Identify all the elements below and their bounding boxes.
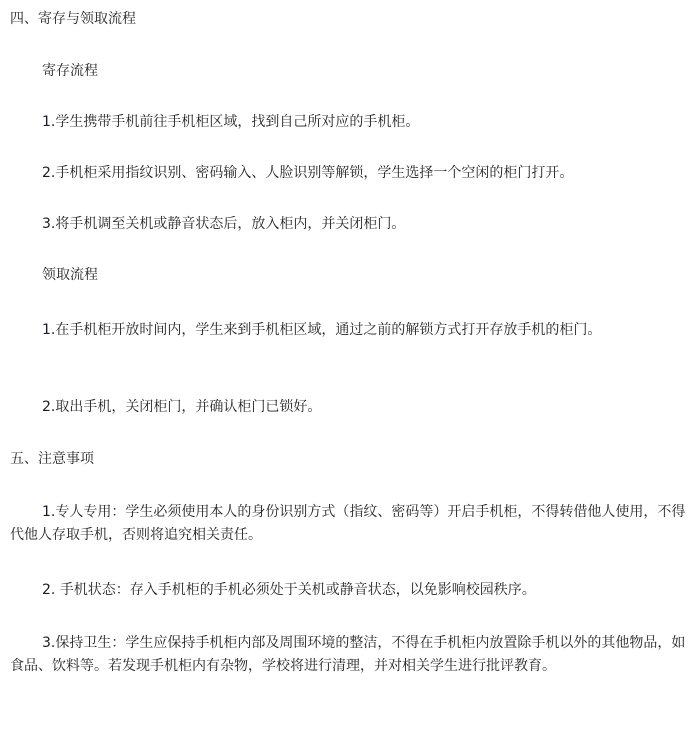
step-text: 在手机柜开放时间内，学生来到手机柜区域，通过之前的解锁方式打开存放手机的柜门。: [55, 322, 601, 338]
note-item-2: 2. 手机状态：存入手机柜的手机必须处于关机或静音状态，以免影响校园秩序。: [10, 579, 686, 602]
note-item-3: 3.保持卫生：学生应保持手机柜内部及周围环境的整洁，不得在手机柜内放置除手机以外…: [10, 632, 686, 678]
subsection-title-retrieve: 领取流程: [10, 264, 686, 287]
step-text: 学生携带手机前往手机柜区域，找到自己所对应的手机柜。: [55, 114, 419, 130]
item-number: 2.: [42, 582, 60, 598]
deposit-step-1: 1.学生携带手机前往手机柜区域，找到自己所对应的手机柜。: [10, 111, 686, 134]
step-number: 3.: [42, 216, 55, 232]
section-heading-storage-retrieval: 四、寄存与领取流程: [10, 8, 686, 31]
step-text: 将手机调至关机或静音状态后，放入柜内，并关闭柜门。: [55, 216, 405, 232]
step-number: 2.: [42, 165, 55, 181]
retrieve-step-2: 2.取出手机，关闭柜门，并确认柜门已锁好。: [10, 396, 686, 419]
deposit-step-3: 3.将手机调至关机或静音状态后，放入柜内，并关闭柜门。: [10, 213, 686, 236]
step-number: 2.: [42, 399, 55, 415]
deposit-step-2: 2.手机柜采用指纹识别、密码输入、人脸识别等解锁，学生选择一个空闲的柜门打开。: [10, 162, 686, 185]
item-text: 手机状态：存入手机柜的手机必须处于关机或静音状态，以免影响校园秩序。: [60, 582, 536, 598]
step-text: 手机柜采用指纹识别、密码输入、人脸识别等解锁，学生选择一个空闲的柜门打开。: [55, 165, 573, 181]
item-number: 1.: [42, 504, 55, 520]
step-text: 取出手机，关闭柜门，并确认柜门已锁好。: [55, 399, 321, 415]
item-text: 专人专用：学生必须使用本人的身份识别方式（指纹、密码等）开启手机柜，不得转借他人…: [10, 504, 685, 543]
section-heading-notes: 五、注意事项: [10, 448, 686, 471]
step-number: 1.: [42, 114, 55, 130]
retrieve-step-1: 1.在手机柜开放时间内，学生来到手机柜区域，通过之前的解锁方式打开存放手机的柜门…: [10, 319, 686, 342]
item-text: 保持卫生：学生应保持手机柜内部及周围环境的整洁，不得在手机柜内放置除手机以外的其…: [10, 635, 685, 674]
step-number: 1.: [42, 322, 55, 338]
item-number: 3.: [42, 635, 55, 651]
subsection-title-deposit: 寄存流程: [10, 60, 686, 83]
note-item-1: 1.专人专用：学生必须使用本人的身份识别方式（指纹、密码等）开启手机柜，不得转借…: [10, 501, 686, 547]
